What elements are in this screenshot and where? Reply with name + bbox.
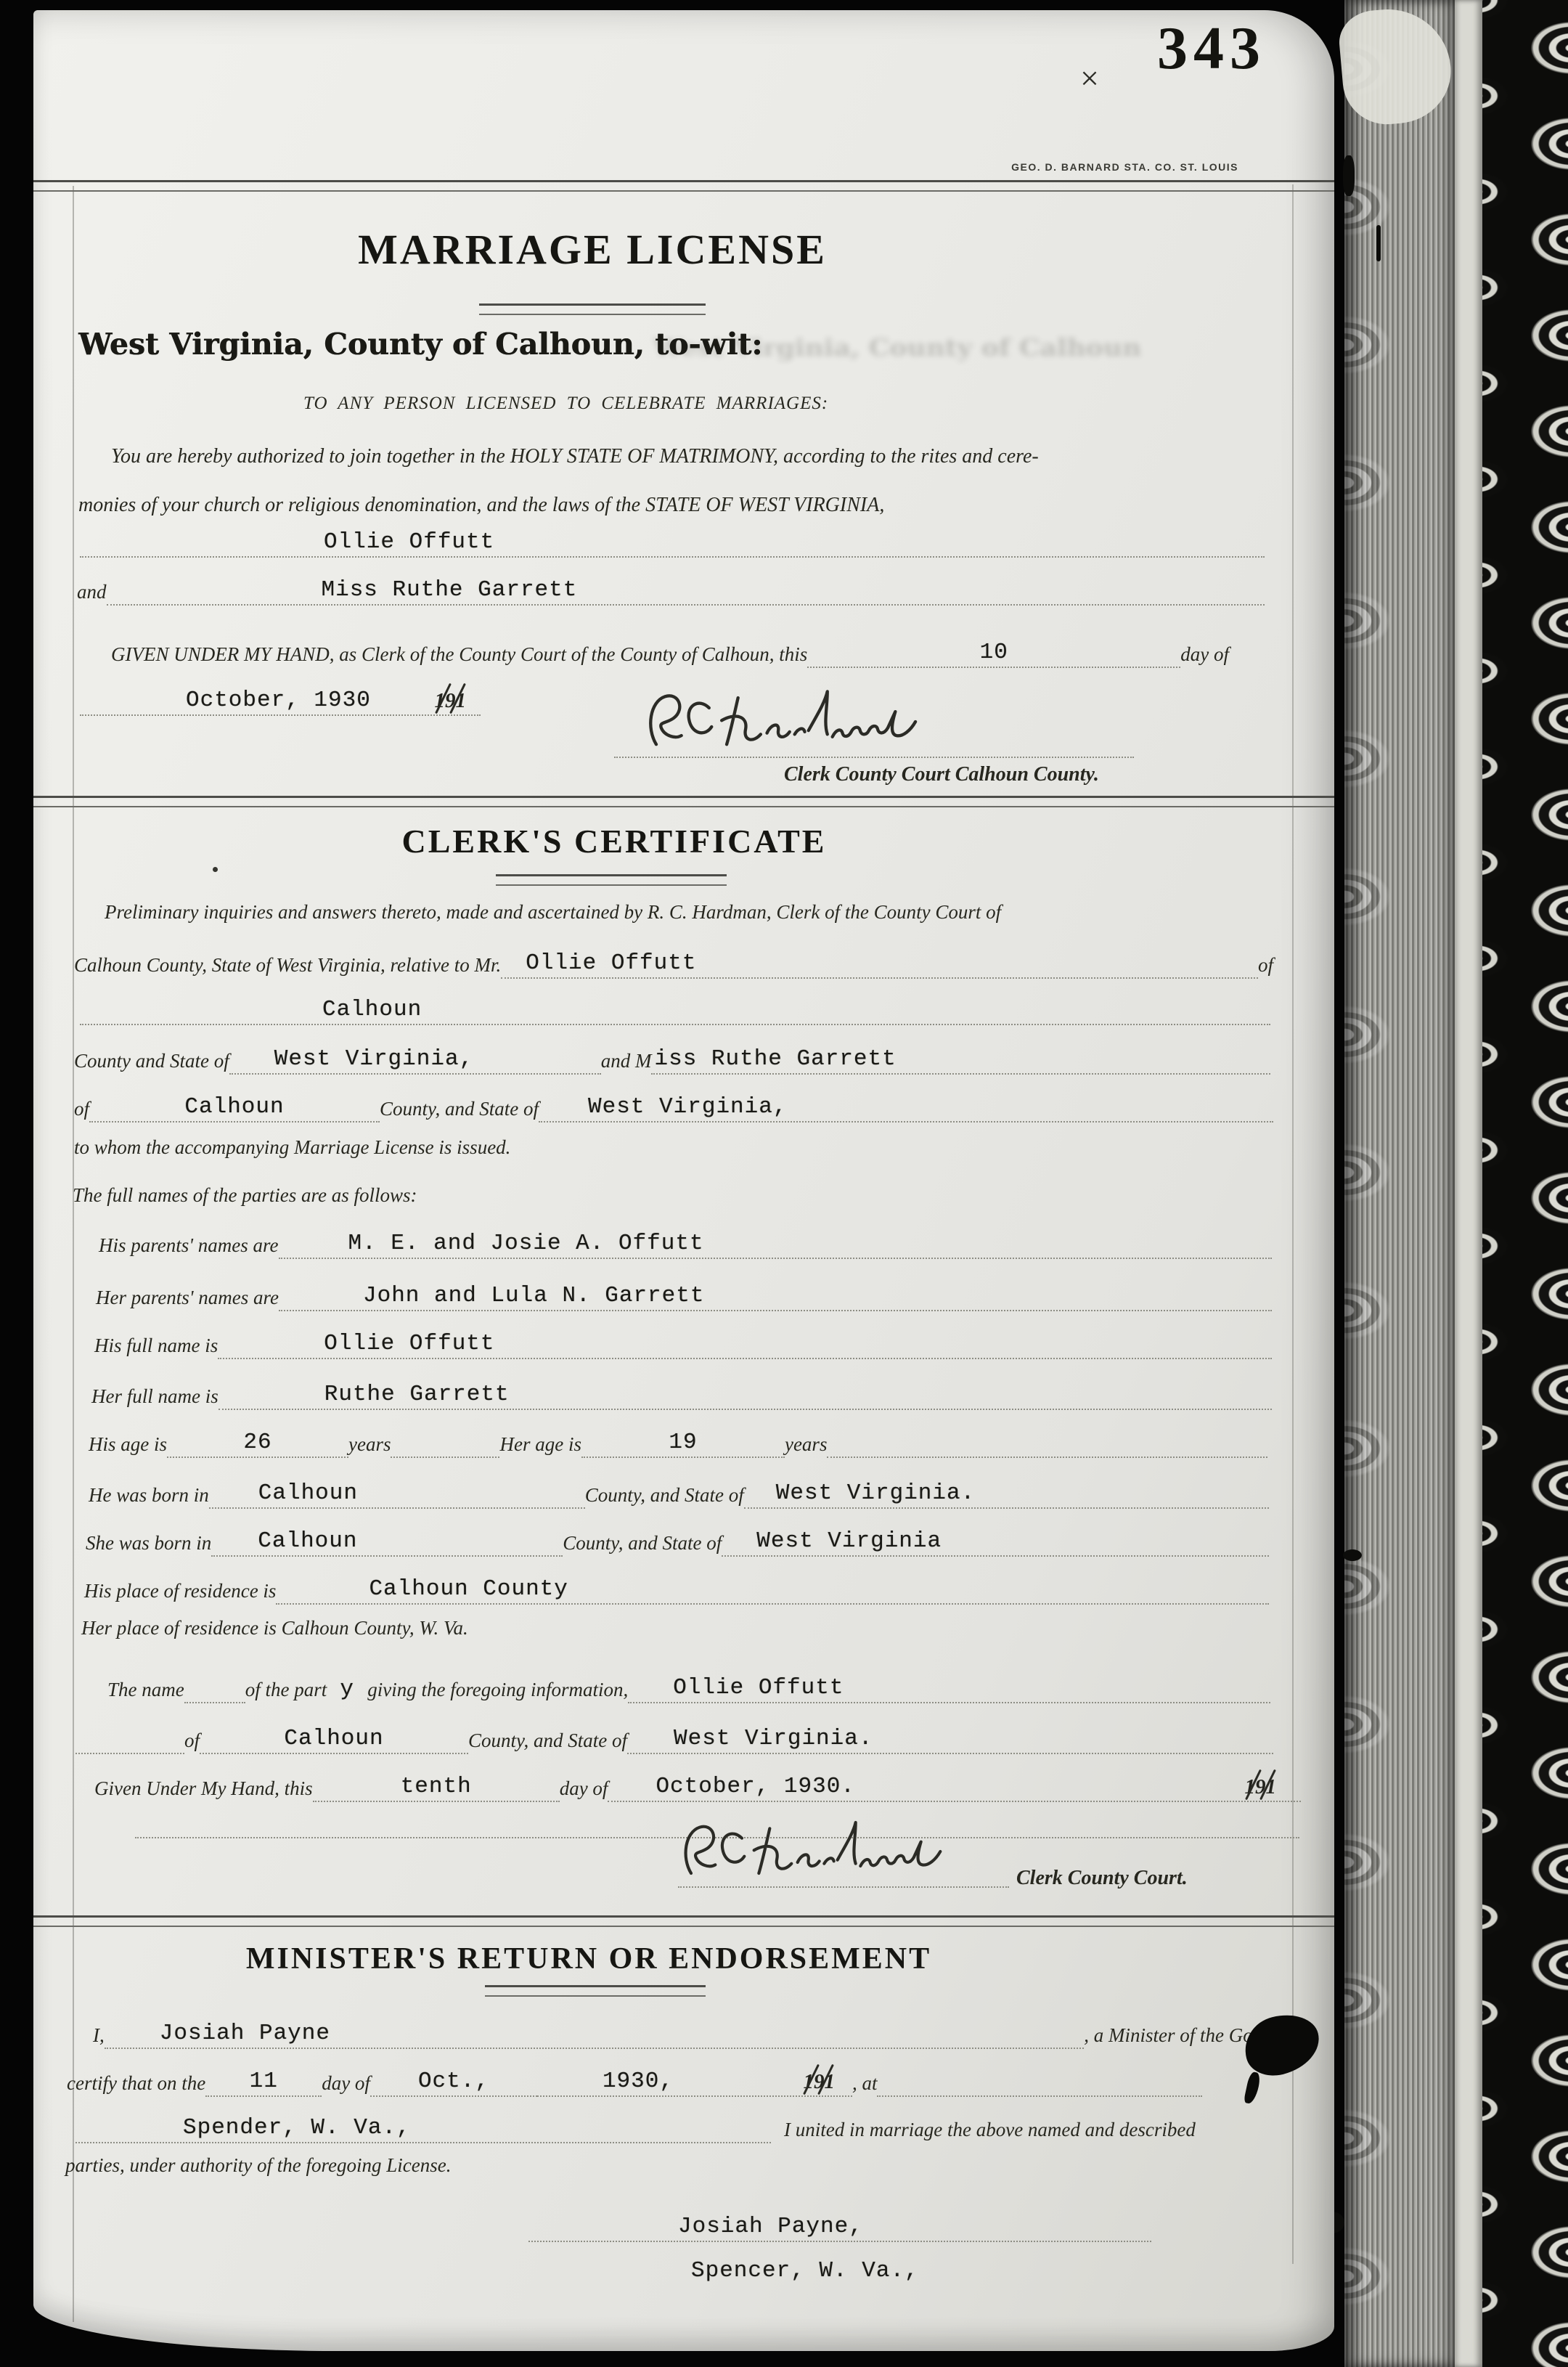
his-parents-line: M. E. and Josie A. Offutt bbox=[279, 1232, 1272, 1259]
informant-y-typed: y bbox=[340, 1678, 354, 1700]
section-divider-rule bbox=[33, 796, 1334, 807]
his-residence-typed: Calhoun County bbox=[369, 1578, 568, 1600]
bride-name-typed2: iss Ruthe Garrett bbox=[654, 1048, 896, 1070]
informant-state-line: West Virginia. bbox=[627, 1727, 1273, 1754]
his-name-typed: Ollie Offutt bbox=[324, 1332, 494, 1355]
mr-name-typed: Ollie Offutt bbox=[526, 952, 696, 974]
informant-of-label: of bbox=[184, 1730, 200, 1752]
blank-line bbox=[184, 1702, 245, 1703]
minister-place-line: Spender, W. Va., bbox=[75, 2117, 771, 2143]
her-name-typed: Ruthe Garrett bbox=[324, 1383, 510, 1406]
and-m-label: and M bbox=[601, 1050, 652, 1072]
blank-line bbox=[827, 1457, 1267, 1458]
groom-name-typed: Ollie Offutt bbox=[324, 531, 494, 553]
clerk-signature-scribble bbox=[614, 684, 963, 759]
title-rule bbox=[479, 303, 706, 315]
his-residence-row: His place of residence is Calhoun County bbox=[84, 1567, 1269, 1605]
given-day-line: tenth bbox=[313, 1775, 560, 1802]
bride-name-typed: Miss Ruthe Garrett bbox=[322, 579, 578, 601]
his-residence-line: Calhoun County bbox=[276, 1578, 1269, 1605]
salutation-line: TO ANY PERSON LICENSED TO CELEBRATE MARR… bbox=[303, 393, 828, 415]
his-age-label: His age is bbox=[89, 1433, 167, 1456]
relative-to-row: Calhoun County, State of West Virginia, … bbox=[74, 940, 1273, 979]
minister-name-typed: Josiah Payne bbox=[160, 2022, 330, 2045]
license-title: MARRIAGE LICENSE bbox=[33, 225, 1151, 274]
license-date-line: October, 1930 191 bbox=[80, 689, 481, 716]
county-state-label: County and State of bbox=[74, 1050, 229, 1072]
her-name-row: Her full name is Ruthe Garrett bbox=[91, 1372, 1272, 1410]
mr-name-line: Ollie Offutt bbox=[501, 952, 1258, 979]
clerk-signature-scribble2 bbox=[655, 1815, 981, 1888]
informant-y-line: y bbox=[327, 1678, 367, 1703]
minister-signature-row: Josiah Payne, bbox=[528, 2201, 1151, 2242]
united-label: I united in marriage the above named and… bbox=[784, 2119, 1196, 2141]
informant-name-typed: Ollie Offutt bbox=[673, 1677, 844, 1699]
clerk-title-label: Clerk County Court Calhoun County. bbox=[784, 762, 1099, 787]
given-under-hand-label: GIVEN UNDER MY HAND, as Clerk of the Cou… bbox=[111, 643, 807, 666]
scanned-book-photo: { "page": { "number": "343", "handwritte… bbox=[0, 0, 1568, 2367]
his-parents-label: His parents' names are bbox=[99, 1234, 279, 1257]
her-age-line: 19 bbox=[581, 1431, 785, 1458]
jurisdiction-heading: West Virginia, County of Calhoun, to-wit… bbox=[78, 327, 762, 362]
ink-mark bbox=[1343, 155, 1355, 196]
certificate-intro-line1: Preliminary inquiries and answers theret… bbox=[105, 900, 1001, 924]
his-age-typed: 26 bbox=[243, 1431, 271, 1454]
blank-line bbox=[877, 2095, 1202, 2097]
minister-day-line: 11 bbox=[205, 2070, 322, 2097]
his-parents-typed: M. E. and Josie A. Offutt bbox=[348, 1232, 704, 1255]
license-body-line1: You are hereby authorized to join togeth… bbox=[111, 444, 1039, 469]
informant-state-typed: West Virginia. bbox=[674, 1727, 873, 1750]
county-and-state-label4: County, and State of bbox=[468, 1730, 627, 1752]
minister-name-row: I, Josiah Payne , a Minister of the Gosp… bbox=[93, 2008, 1289, 2049]
county-and-state-label3: County, and State of bbox=[563, 1532, 722, 1555]
clerk-signature-line2 bbox=[678, 1886, 1009, 1888]
certificate-title: CLERK'S CERTIFICATE bbox=[33, 822, 1195, 860]
she-born-state-typed: West Virginia bbox=[756, 1530, 942, 1552]
informant-name-line: Ollie Offutt bbox=[628, 1677, 1270, 1703]
certificate-given-label: Given Under My Hand, this bbox=[94, 1777, 313, 1800]
she-born-label: She was born in bbox=[86, 1532, 211, 1555]
he-born-county-line: Calhoun bbox=[209, 1482, 585, 1509]
given-date-line: October, 1930. 191 bbox=[608, 1775, 1301, 1802]
his-name-line: Ollie Offutt bbox=[218, 1332, 1272, 1359]
ink-mark bbox=[1343, 1549, 1362, 1561]
her-name-line: Ruthe Garrett bbox=[219, 1383, 1272, 1410]
minister-day-typed: 11 bbox=[250, 2070, 278, 2093]
ages-row: His age is 26 years Her age is 19 years bbox=[89, 1420, 1267, 1458]
license-date-typed: October, 1930 bbox=[186, 689, 371, 712]
printed-year-struck3: 191 bbox=[803, 2070, 835, 2094]
printer-mark: GEO. D. BARNARD STA. CO. ST. LOUIS bbox=[832, 161, 1238, 173]
her-parents-line: John and Lula N. Garrett bbox=[279, 1284, 1272, 1311]
page-fold-line bbox=[73, 186, 74, 2322]
minister-month-line: Oct., bbox=[370, 2070, 537, 2097]
bride-name-line2: iss Ruthe Garrett bbox=[651, 1048, 1270, 1075]
minister-title: MINISTER'S RETURN OR ENDORSEMENT bbox=[33, 1942, 1144, 1976]
stray-dot bbox=[213, 867, 218, 872]
bride-name-row: and Miss Ruthe Garrett bbox=[77, 568, 1265, 606]
given-day-typed: tenth bbox=[401, 1775, 472, 1798]
informant-row: The name of the part y giving the forego… bbox=[107, 1666, 1270, 1703]
and-label: and bbox=[77, 581, 107, 603]
years-label2: years bbox=[785, 1433, 827, 1456]
book-page-edges bbox=[1344, 0, 1455, 2367]
she-born-row: She was born in Calhoun County, and Stat… bbox=[86, 1519, 1269, 1557]
county-and-state-label2: County, and State of bbox=[585, 1484, 744, 1507]
his-name-label: His full name is bbox=[94, 1335, 218, 1357]
blank-line bbox=[75, 1753, 184, 1754]
county-state-row: County and State of West Virginia, and M… bbox=[74, 1035, 1270, 1075]
she-born-county-typed: Calhoun bbox=[258, 1530, 357, 1552]
section-divider-rule2 bbox=[33, 1915, 1334, 1927]
printed-year-struck2: 191 bbox=[1245, 1775, 1277, 1799]
his-parents-row: His parents' names are M. E. and Josie A… bbox=[99, 1221, 1272, 1259]
of-label2: of bbox=[74, 1098, 89, 1120]
he-born-state-typed: West Virginia. bbox=[776, 1482, 975, 1504]
minister-signature-line: Josiah Payne, bbox=[528, 2215, 1151, 2242]
top-double-rule bbox=[33, 180, 1334, 192]
printed-year-struck: 191 bbox=[435, 689, 467, 713]
groom-county-row: Calhoun bbox=[80, 987, 1270, 1025]
i-label: I, bbox=[93, 2024, 105, 2047]
handwritten-x-mark: × bbox=[1080, 58, 1099, 98]
blank-line bbox=[391, 1457, 499, 1458]
informant-county-line: Calhoun bbox=[200, 1727, 468, 1754]
county-and-state-label: County, and State of bbox=[380, 1098, 539, 1120]
minister-year-line: 1930, 191 bbox=[537, 2070, 852, 2097]
minister-name-line: Josiah Payne bbox=[105, 2022, 1085, 2049]
bride-county-typed: Calhoun bbox=[184, 1096, 284, 1118]
his-age-line: 26 bbox=[167, 1431, 348, 1458]
certificate-title-rule bbox=[496, 874, 727, 886]
groom-name-row: Ollie Offutt bbox=[80, 520, 1265, 558]
informant-label2: of the part bbox=[245, 1679, 327, 1701]
he-born-row: He was born in Calhoun County, and State… bbox=[89, 1471, 1269, 1509]
day-of-label: day of bbox=[1180, 643, 1229, 666]
she-born-state-line: West Virginia bbox=[722, 1530, 1269, 1557]
bride-state-typed: West Virginia, bbox=[588, 1096, 787, 1118]
she-born-county-line: Calhoun bbox=[211, 1530, 563, 1557]
he-born-state-line: West Virginia. bbox=[744, 1482, 1269, 1509]
ink-mark bbox=[1376, 225, 1381, 261]
he-born-county-typed: Calhoun bbox=[258, 1482, 358, 1504]
certify-row: certify that on the 11 day of Oct., 1930… bbox=[67, 2058, 1202, 2097]
book-edge-highlight bbox=[1455, 0, 1482, 2367]
full-names-line: The full names of the parties are as fol… bbox=[73, 1183, 417, 1207]
bride-state-line: West Virginia, bbox=[539, 1096, 1273, 1123]
bride-county-line: Calhoun bbox=[89, 1096, 380, 1123]
marbled-cover bbox=[1482, 0, 1568, 2367]
minister-title-rule bbox=[485, 1985, 706, 1997]
her-parents-row: Her parents' names are John and Lula N. … bbox=[96, 1274, 1272, 1311]
he-born-label: He was born in bbox=[89, 1484, 209, 1507]
her-name-label: Her full name is bbox=[91, 1385, 219, 1408]
informant-county-typed: Calhoun bbox=[284, 1727, 383, 1750]
form-right-border bbox=[1292, 184, 1294, 2264]
informant-label1: The name bbox=[107, 1679, 184, 1701]
her-parents-label: Her parents' names are bbox=[96, 1287, 279, 1309]
groom-state-line: West Virginia, bbox=[229, 1048, 601, 1075]
years-label1: years bbox=[348, 1433, 391, 1456]
groom-name-line: Ollie Offutt bbox=[80, 531, 1265, 558]
given-date-typed: October, 1930. bbox=[656, 1775, 854, 1798]
groom-state-typed: West Virginia, bbox=[274, 1048, 473, 1070]
certificate-intro-line2: Calhoun County, State of West Virginia, … bbox=[74, 954, 501, 977]
parties-label: parties, under authority of the foregoin… bbox=[65, 2154, 451, 2177]
clerk-signature-line bbox=[614, 757, 1134, 758]
minister-year-typed: 1930, bbox=[603, 2070, 674, 2093]
certify-label: certify that on the bbox=[67, 2072, 205, 2095]
place-row: Spender, W. Va., I united in marriage th… bbox=[75, 2103, 1267, 2143]
informant-label3: giving the foregoing information, bbox=[367, 1679, 628, 1701]
day-of-label3: day of bbox=[322, 2072, 370, 2095]
groom-county-typed: Calhoun bbox=[322, 998, 422, 1021]
license-date-row: October, 1930 191 bbox=[80, 678, 481, 716]
certificate-given-row: Given Under My Hand, this tenth day of O… bbox=[94, 1764, 1301, 1802]
minister-signature-typed: Josiah Payne, bbox=[678, 2215, 863, 2238]
at-label: , at bbox=[852, 2072, 878, 2095]
page-number: 343 bbox=[1157, 13, 1266, 83]
her-age-label: Her age is bbox=[499, 1433, 581, 1456]
bride-name-line: Miss Ruthe Garrett bbox=[107, 579, 1265, 606]
day-line: 10 bbox=[807, 641, 1180, 668]
her-residence-line: Her place of residence is Calhoun County… bbox=[81, 1616, 468, 1639]
document-page: 343 × GEO. D. BARNARD STA. CO. ST. LOUIS… bbox=[33, 10, 1334, 2351]
issued-line: to whom the accompanying Marriage Licens… bbox=[74, 1136, 510, 1159]
informant-of-row: of Calhoun County, and State of West Vir… bbox=[75, 1716, 1273, 1754]
her-age-typed: 19 bbox=[669, 1431, 697, 1454]
given-under-hand-row: GIVEN UNDER MY HAND, as Clerk of the Cou… bbox=[111, 630, 1229, 668]
bride-county-row: of Calhoun County, and State of West Vir… bbox=[74, 1083, 1273, 1123]
clerk-title-label2: Clerk County Court. bbox=[1016, 1866, 1188, 1891]
of-label: of bbox=[1258, 954, 1273, 977]
groom-county-line: Calhoun bbox=[80, 998, 1270, 1025]
minister-place-typed: Spender, W. Va., bbox=[183, 2117, 411, 2139]
minister-month-typed: Oct., bbox=[418, 2070, 489, 2093]
her-parents-typed: John and Lula N. Garrett bbox=[363, 1284, 704, 1307]
day-typed: 10 bbox=[980, 641, 1008, 664]
minister-place-signature-typed: Spencer, W. Va., bbox=[691, 2260, 919, 2282]
his-name-row: His full name is Ollie Offutt bbox=[94, 1321, 1272, 1359]
license-body-line2: monies of your church or religious denom… bbox=[78, 493, 884, 518]
day-of-label2: day of bbox=[560, 1777, 608, 1800]
his-residence-label: His place of residence is bbox=[84, 1580, 276, 1602]
